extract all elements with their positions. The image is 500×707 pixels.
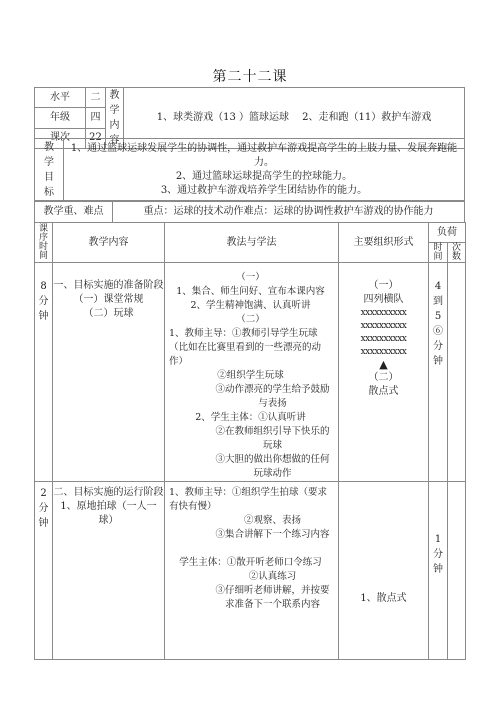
key-points-label: 教学重、难点 <box>35 201 113 223</box>
grade-label: 年级 <box>35 108 86 128</box>
method-line: ②组织学生玩球 <box>169 369 332 383</box>
header-time: 课序时间 <box>35 223 53 263</box>
content-line: （一）课堂常规 <box>53 293 164 307</box>
table-row: 2分钟 二、目标实施的运行阶段 1、原地拍球（一人一球） 1、教师主导：①组织学… <box>35 482 466 660</box>
level-value: 二 <box>86 88 106 108</box>
objectives-label: 教学目标 <box>35 139 64 202</box>
method-line: 学生主体：①散开听老师口令练习 <box>169 556 332 570</box>
section-load-time: 1分钟 <box>429 482 448 660</box>
method-line: ③大胆的做出你想做的任何玩球动作 <box>169 453 332 481</box>
header-organization: 主要组织形式 <box>339 223 429 263</box>
teacher-triangle-icon: ▲ <box>339 359 428 371</box>
objective-item: 1、通过篮球运球发展学生的协调性，通过救护车游戏提高学生的上肢力量、发展奔跑能力… <box>68 142 460 170</box>
page-title: 第二十二课 <box>0 66 500 86</box>
content-line: 一、目标实施的准备阶段 <box>53 279 164 293</box>
section-time: 2分钟 <box>35 482 53 660</box>
grade-value: 四 <box>86 108 106 128</box>
section-load-count <box>448 263 466 482</box>
objective-item: 3、通过救护车游戏培养学生团结协作的能力。 <box>68 184 460 198</box>
org-label: （一） <box>339 279 428 293</box>
section-method: 1、教师主导：①组织学生拍球（要求有快有慢） ②观察、表扬 ③集合讲解下一个练习… <box>165 482 339 660</box>
method-line: 2、学生主体：①认真听讲 <box>169 411 332 425</box>
method-line: ②观察、表扬 <box>169 514 332 528</box>
content-line: 1、原地拍球（一人一球） <box>53 500 164 528</box>
objectives-list: 1、通过篮球运球发展学生的协调性，通过救护车游戏提高学生的上肢力量、发展奔跑能力… <box>64 139 465 202</box>
method-line: ③仔细听老师讲解，并按要求准备下一个联系内容 <box>169 584 332 612</box>
table-row: 8分钟 一、目标实施的准备阶段 （一）课堂常规 （二）玩球 （一） 1、集合、师… <box>35 263 466 482</box>
header-load-time: 时间 <box>429 243 448 263</box>
objective-item: 2、通过篮球运球提高学生的控球能力。 <box>68 170 460 184</box>
method-line: 1、教师主导：①教师引导学生玩球（比如在比赛里看到的一些漂亮的动作） <box>169 327 332 369</box>
header-load-count: 次数 <box>448 243 466 263</box>
method-line: 2、学生精神饱满、认真听讲 <box>169 299 332 313</box>
header-method: 教法与学法 <box>165 223 339 263</box>
lesson-plan-table: 课序时间 教学内容 教法与学法 主要组织形式 负荷 时间 次数 8分钟 一、目标… <box>34 222 466 660</box>
method-line: 1、教师主导：①组织学生拍球（要求有快有慢） <box>169 486 332 514</box>
method-line: ③集合讲解下一个练习内容 <box>169 528 332 542</box>
section-load-count <box>448 482 466 660</box>
key-points-text: 重点：运球的技术动作难点：运球的协调性救护车游戏的协作能力 <box>113 201 465 223</box>
objectives-table: 教学目标 1、通过篮球运球发展学生的协调性，通过救护车游戏提高学生的上肢力量、发… <box>34 138 465 202</box>
level-label: 水平 <box>35 88 86 108</box>
formation-row: xxxxxxxxxx <box>339 307 428 320</box>
formation-row: xxxxxxxxxx <box>339 320 428 333</box>
section-time: 8分钟 <box>35 263 53 482</box>
method-line: 1、集合、师生问好、宣布本课内容 <box>169 285 332 299</box>
section-content: 一、目标实施的准备阶段 （一）课堂常规 （二）玩球 <box>53 263 165 482</box>
formation-label: 四列横队 <box>339 293 428 307</box>
formation-label: 散点式 <box>339 385 428 399</box>
header-content: 教学内容 <box>53 223 165 263</box>
method-line: ③动作漂亮的学生给予鼓励与表扬 <box>169 383 332 411</box>
header-load: 负荷 <box>429 223 466 243</box>
org-label: （二） <box>339 371 428 385</box>
formation-row: xxxxxxxxxx <box>339 333 428 346</box>
section-organization: （一） 四列横队 xxxxxxxxxx xxxxxxxxxx xxxxxxxxx… <box>339 263 429 482</box>
section-content: 二、目标实施的运行阶段 1、原地拍球（一人一球） <box>53 482 165 660</box>
key-points-table: 教学重、难点 重点：运球的技术动作难点：运球的协调性救护车游戏的协作能力 <box>34 200 465 223</box>
method-line: （一） <box>169 271 332 285</box>
method-line: ②认真练习 <box>169 570 332 584</box>
content-line: （二）玩球 <box>53 307 164 321</box>
method-line: ②在教师组织引导下快乐的玩球 <box>169 425 332 453</box>
method-line: （二） <box>169 313 332 327</box>
content-line: 二、目标实施的运行阶段 <box>53 486 164 500</box>
section-method: （一） 1、集合、师生问好、宣布本课内容 2、学生精神饱满、认真听讲 （二） 1… <box>165 263 339 482</box>
section-load-time: 4到5⑥分钟 <box>429 263 448 482</box>
section-organization: 1、散点式 <box>339 482 429 660</box>
